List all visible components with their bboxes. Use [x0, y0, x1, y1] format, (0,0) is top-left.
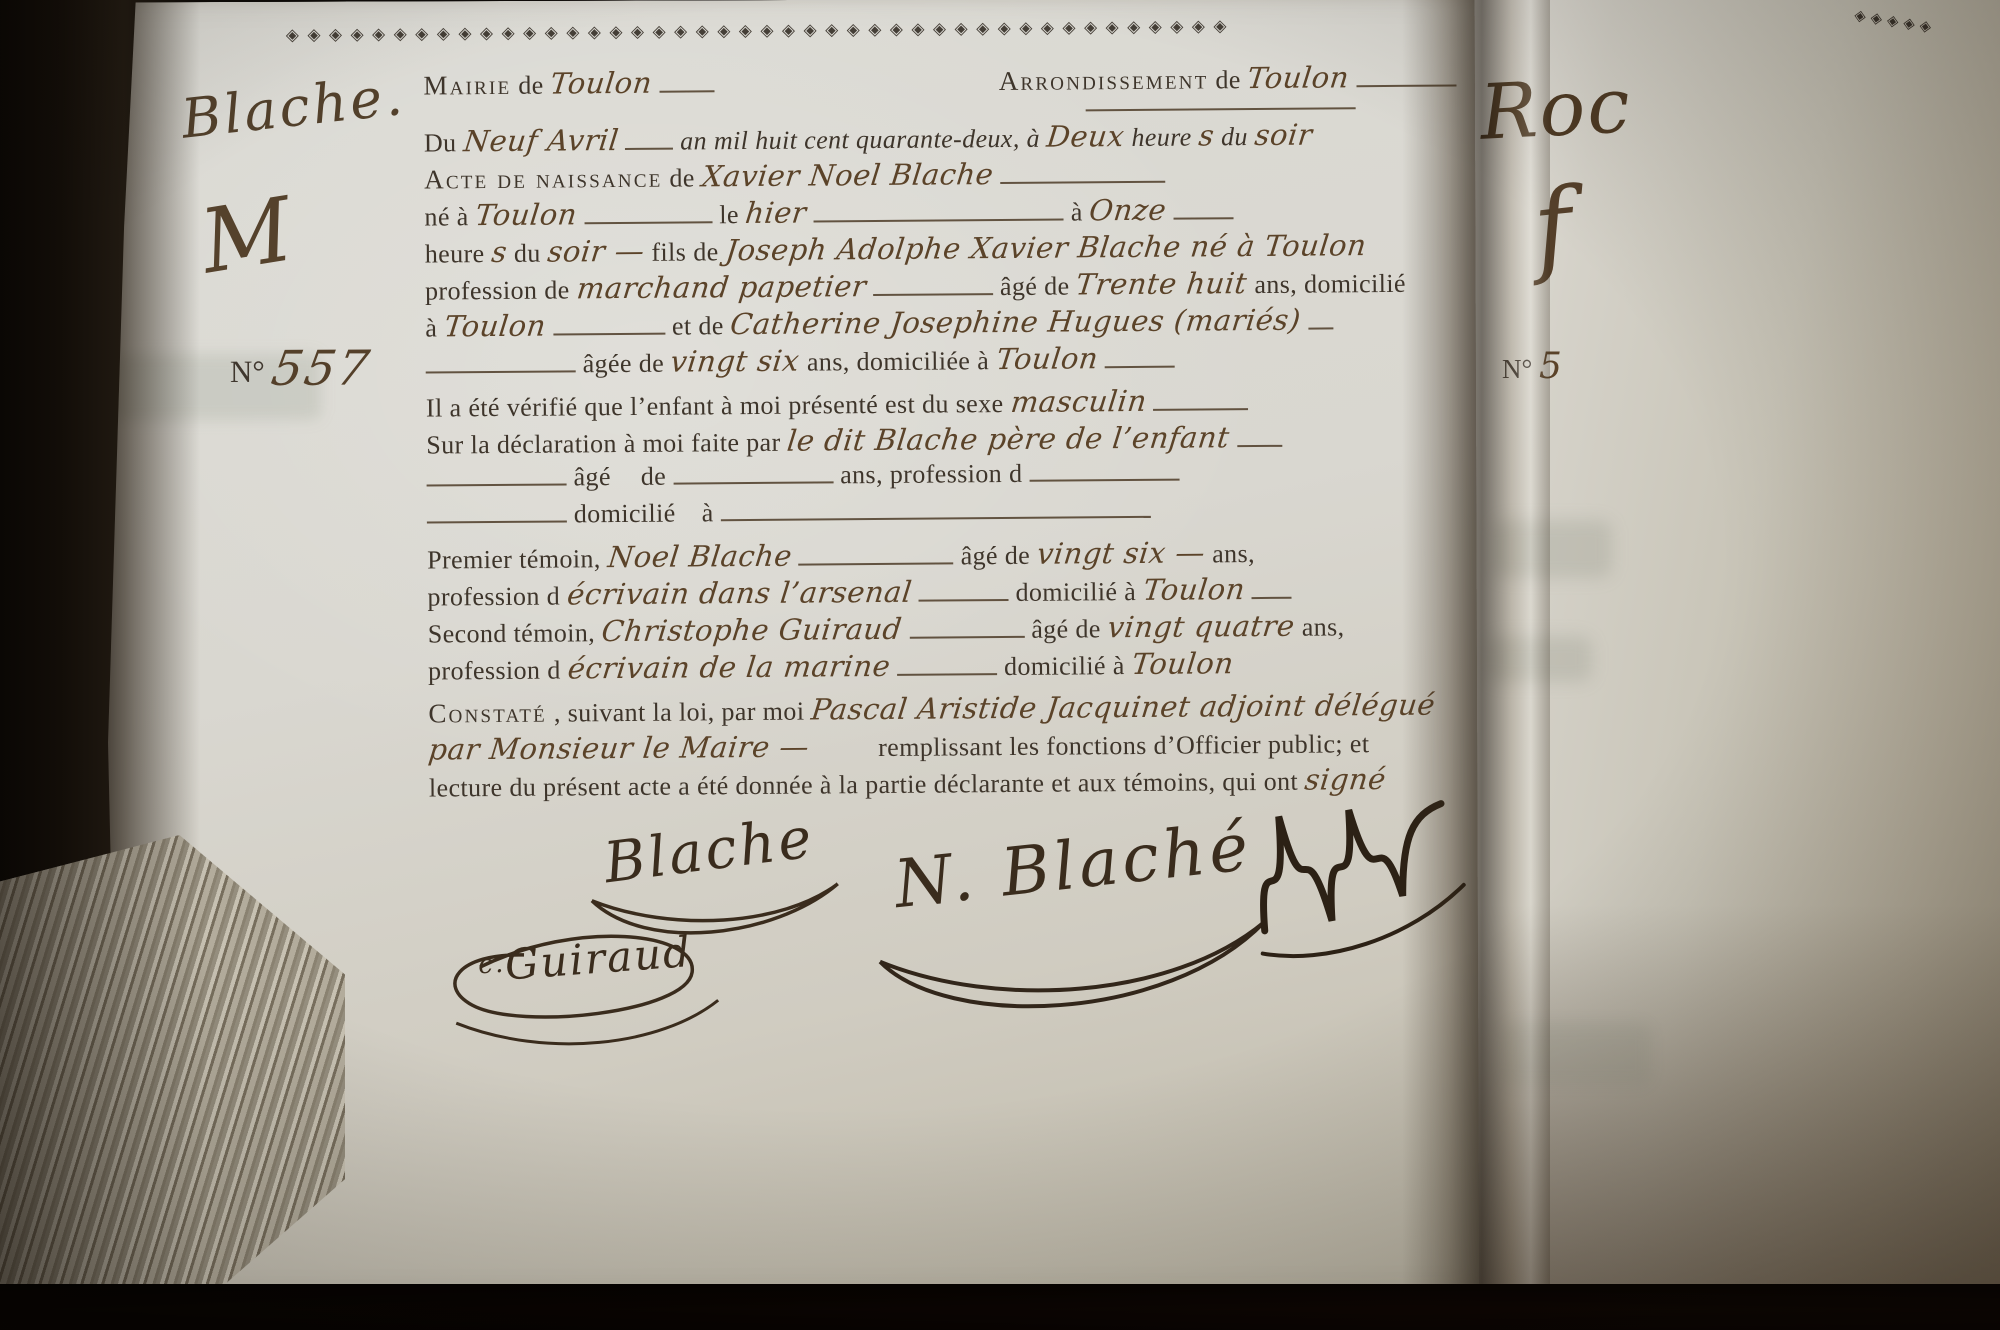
stray-ink-stroke: [31, 110, 152, 370]
bleedthrough-mark: [1502, 1022, 1652, 1086]
blank-rule: [909, 626, 1024, 639]
blank-rule: [427, 510, 567, 523]
printed-text: fils: [651, 237, 686, 267]
printed-text: ans,: [1302, 612, 1345, 642]
printed-text: à: [425, 313, 437, 343]
blank-rule: [584, 211, 712, 224]
printed-text: du: [514, 239, 541, 269]
blank-rule: [1086, 97, 1356, 111]
blank-rule: [625, 138, 673, 150]
act-line: âgée devingt sixans, domiciliée àToulon: [426, 338, 1466, 383]
photo-of-birth-register: ◈◈◈◈◈ Roc f N° 5 ◈◈◈◈◈◈◈◈◈◈◈◈◈◈◈◈◈◈◈◈◈◈◈…: [0, 0, 2000, 1330]
number-label: N°: [230, 354, 265, 389]
printed-text: âgée de: [583, 349, 665, 380]
signature-prefix: c.: [477, 949, 506, 981]
printed-text: et de: [672, 311, 724, 341]
printed-text: domicilié: [574, 499, 676, 530]
margin-surname: Blache.: [178, 64, 408, 151]
printed-smallcaps: Constaté: [428, 698, 547, 730]
printed-text: de: [641, 462, 667, 492]
printed-text: ans, profession d: [840, 459, 1023, 490]
printed-text: Sur la déclaration à moi faite par: [426, 428, 781, 461]
printed-text: Il a été vérifié que l’enfant à moi prés…: [426, 389, 1004, 424]
printed-text: âgé: [573, 462, 611, 492]
bleedthrough-mark: [1494, 520, 1612, 578]
printed-text: le: [719, 200, 739, 230]
printed-italic: du: [1221, 122, 1248, 152]
handwritten-entry: Toulon: [474, 197, 580, 232]
blank-rule: [673, 471, 833, 484]
blank-rule: [1252, 587, 1292, 599]
printed-text: né à: [424, 202, 468, 232]
ornament-border: ◈◈◈◈◈◈◈◈◈◈◈◈◈◈◈◈◈◈◈◈◈◈◈◈◈◈◈◈◈◈◈◈◈◈◈◈◈◈◈◈…: [286, 14, 1458, 45]
handwritten-entry: Christophe Guiraud: [600, 612, 904, 648]
blank-rule: [1308, 317, 1333, 329]
printed-text: Second témoin,: [428, 618, 596, 649]
table-edge: [0, 1284, 2000, 1330]
blank-rule: [919, 589, 1009, 602]
printed-text: remplissant les fonctions d’Officier pub…: [878, 729, 1369, 763]
printed-text: Premier témoin,: [427, 544, 601, 575]
blank-rule: [1237, 435, 1282, 447]
handwritten-entry: s: [490, 235, 509, 269]
blank-rule: [814, 209, 1064, 223]
printed-smallcaps: Arrondissement: [999, 64, 1209, 97]
bleedthrough-mark: [1488, 636, 1592, 682]
blank-rule: [1174, 207, 1234, 219]
printed-italic: an mil huit cent quarante-deux, à: [680, 124, 1040, 157]
printed-text: ans, domicilié: [1254, 269, 1406, 300]
handwritten-entry: Joseph Adolphe Xavier Blache né à Toulon: [724, 228, 1369, 267]
handwritten-entry: Toulon: [549, 66, 655, 101]
handwritten-entry: hier: [744, 196, 809, 231]
handwritten-entry: soir: [1253, 118, 1314, 152]
printed-text: âgé de: [961, 541, 1031, 572]
blank-rule: [799, 552, 954, 565]
number-value: 557: [267, 340, 374, 396]
printed-text: domicilié à: [1004, 651, 1125, 682]
handwritten-entry: vingt six: [669, 344, 802, 379]
handwritten-entry: Neuf Avril: [462, 123, 621, 158]
blank-rule: [426, 360, 576, 373]
printed-text: à: [702, 498, 714, 528]
printed-text: profession de: [425, 275, 570, 306]
margin-initial: M: [194, 177, 299, 293]
blank-rule: [721, 506, 1151, 521]
blank-rule: [873, 283, 993, 296]
printed-text: de: [669, 163, 695, 193]
ornament-border-fragment: ◈◈◈◈◈: [1853, 6, 1937, 37]
printed-text: profession d: [427, 581, 560, 612]
printed-text: à: [1071, 197, 1083, 227]
spacer: [721, 90, 991, 92]
printed-text: domicilié à: [1015, 577, 1136, 608]
handwritten-entry: s: [1197, 118, 1216, 152]
handwritten-entry: Catherine Josephine Hugues (mariés): [729, 303, 1303, 342]
act-body: MairiedeToulonArrondissementdeToulonDuNe…: [423, 59, 1469, 806]
handwritten-entry: Onze: [1088, 193, 1169, 228]
right-page-handwriting: Roc: [1478, 60, 1634, 157]
handwritten-entry: le dit Blache père de l’enfant: [786, 420, 1232, 458]
number-value: 5: [1539, 346, 1562, 387]
handwritten-entry: par Monsieur le Maire —: [427, 730, 811, 767]
blank-rule: [553, 323, 665, 336]
handwritten-entry: Toulon: [1246, 60, 1352, 95]
handwritten-entry: Xavier Noel Blache: [700, 157, 995, 193]
printed-text: lecture du présent acte a été donnée à l…: [429, 767, 1298, 804]
handwritten-entry: Toulon: [994, 341, 1100, 376]
act-line: profession décrivain de la marinedomicil…: [428, 644, 1468, 689]
handwritten-entry: Trente huit: [1075, 266, 1250, 301]
blank-rule: [897, 663, 997, 676]
printed-italic: heure: [1131, 123, 1191, 153]
printed-text: , suivant la loi, par moi: [554, 697, 805, 729]
handwritten-entry: Deux: [1045, 119, 1126, 154]
handwritten-entry: Pascal Aristide Jacquinet adjoint délégu…: [809, 688, 1437, 727]
handwritten-entry: marchand papetier: [575, 269, 868, 305]
handwritten-entry: vingt quatre: [1106, 609, 1297, 645]
handwritten-entry: écrivain dans l’arsenal: [565, 575, 913, 612]
printed-text: âgé de: [1031, 614, 1101, 645]
act-line: domiciliéà: [427, 492, 1467, 537]
handwritten-entry: masculin: [1009, 384, 1149, 419]
blank-rule: [1029, 469, 1179, 482]
right-page-handwritten-letter: f: [1528, 166, 1578, 288]
printed-text: de: [518, 71, 544, 101]
printed-smallcaps: Acte de naissance: [424, 163, 662, 196]
margin-act-number: N° 557: [230, 337, 370, 393]
gap: [424, 111, 1079, 116]
printed-text: âgé de: [1000, 271, 1070, 302]
number-label: N°: [1502, 354, 1532, 384]
handwritten-entry: soir —: [546, 234, 647, 269]
handwritten-entry: vingt six —: [1035, 535, 1207, 570]
blank-rule: [1356, 74, 1456, 87]
handwritten-entry: Toulon: [1141, 572, 1247, 607]
handwritten-entry: écrivain de la marine: [566, 649, 892, 686]
printed-text: heure: [425, 239, 485, 269]
printed-text: Du: [424, 128, 457, 158]
blank-rule: [1105, 356, 1175, 369]
handwritten-entry: Toulon: [442, 309, 548, 344]
blank-rule: [427, 473, 567, 486]
blank-rule: [1000, 171, 1165, 184]
printed-text: ans,: [1212, 539, 1255, 569]
blank-rule: [659, 80, 714, 92]
handwritten-entry: Noel Blache: [606, 539, 794, 574]
printed-text: de: [693, 237, 719, 267]
register-right-page: ◈◈◈◈◈ Roc f N° 5: [1462, 0, 2000, 1330]
handwritten-entry: Toulon: [1130, 646, 1236, 681]
right-page-act-number: N° 5: [1502, 346, 1562, 387]
blank-rule: [1153, 398, 1248, 411]
printed-text: ans, domiciliée à: [807, 346, 989, 377]
printed-smallcaps: Mairie: [423, 70, 511, 102]
printed-text: de: [1215, 65, 1241, 95]
printed-text: profession d: [428, 655, 561, 686]
